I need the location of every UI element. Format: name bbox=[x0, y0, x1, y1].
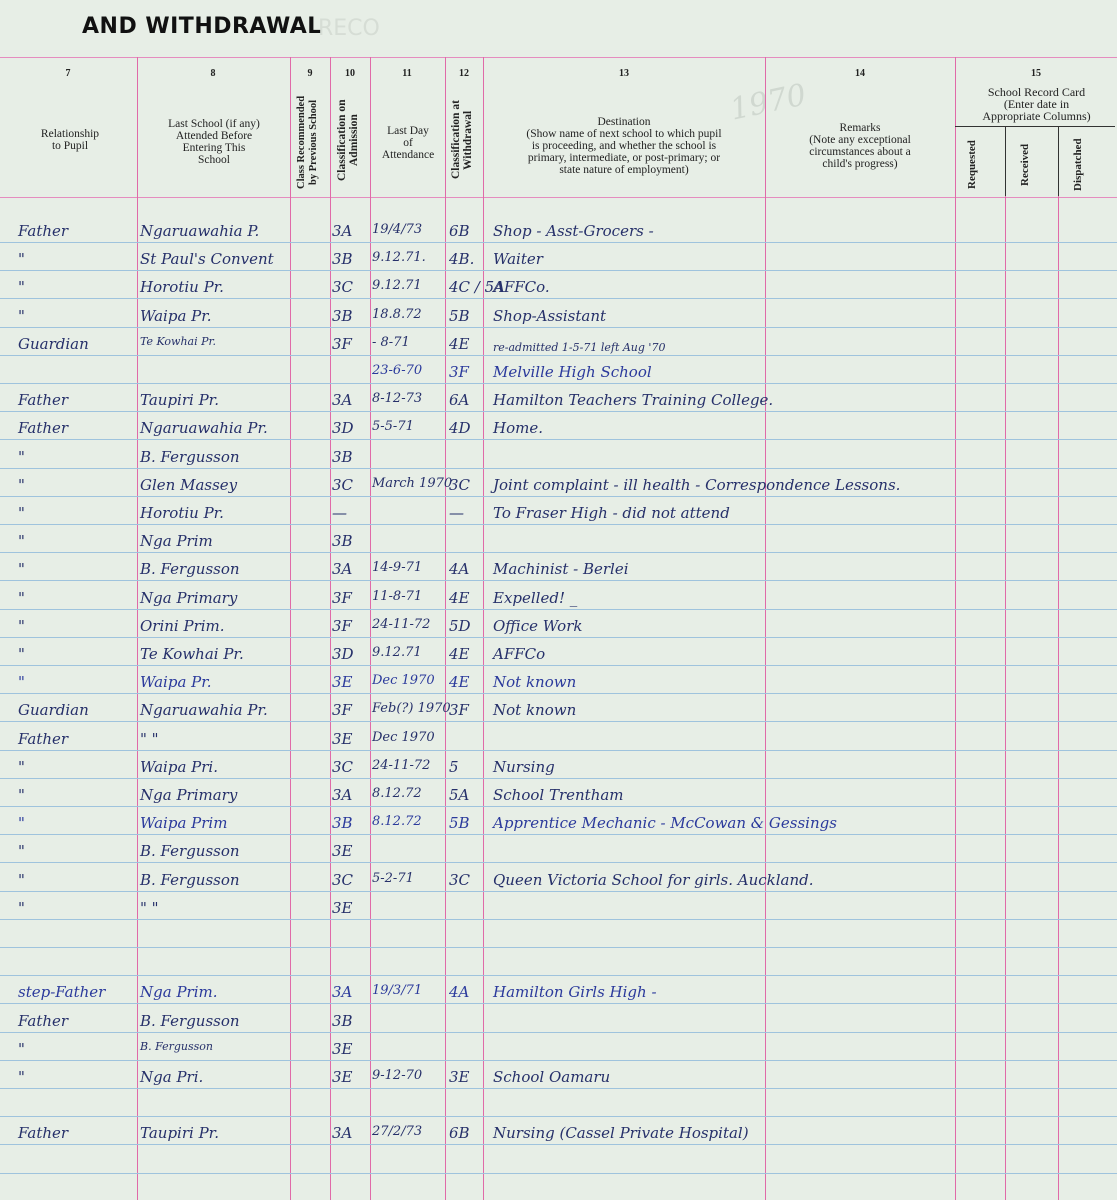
last-school-cell: Ngaruawahia Pr. bbox=[140, 701, 268, 719]
class-admission-cell: 3B bbox=[332, 532, 353, 550]
last-day-cell: 24-11-72 bbox=[372, 617, 430, 632]
relationship-cell: " bbox=[18, 250, 25, 268]
last-day-cell: Feb(?) 1970 bbox=[372, 701, 451, 716]
destination-cell: School Trentham bbox=[493, 786, 624, 804]
last-school-cell: Taupiri Pr. bbox=[140, 391, 219, 409]
ruled-line bbox=[0, 580, 1117, 581]
ruled-line bbox=[0, 496, 1117, 497]
ruled-line bbox=[0, 552, 1117, 553]
destination-cell: Shop-Assistant bbox=[493, 307, 606, 325]
page-title: AND WITHDRAWAL bbox=[82, 14, 322, 39]
last-school-cell: Nga Prim bbox=[140, 532, 213, 550]
column-rule bbox=[955, 57, 956, 1200]
last-school-cell: " " bbox=[140, 899, 159, 917]
ruled-line bbox=[0, 637, 1117, 638]
class-admission-cell: 3A bbox=[332, 786, 352, 804]
destination-cell: re-admitted 1-5-71 left Aug '70 bbox=[493, 341, 665, 354]
column-rule bbox=[137, 57, 138, 1200]
class-withdrawal-cell: 3C bbox=[449, 871, 470, 889]
column-7-number: 7 bbox=[48, 68, 88, 79]
relationship-cell: " bbox=[18, 899, 25, 917]
column-10-label: Classification on Admission bbox=[336, 90, 360, 190]
class-admission-cell: 3E bbox=[332, 899, 353, 917]
header-rule bbox=[0, 197, 1117, 198]
ruled-line bbox=[0, 270, 1117, 271]
ruled-line bbox=[0, 1144, 1117, 1145]
class-admission-cell: 3D bbox=[332, 419, 354, 437]
ruled-line bbox=[0, 355, 1117, 356]
last-school-cell: Te Kowhai Pr. bbox=[140, 335, 216, 348]
class-withdrawal-cell: 5B bbox=[449, 814, 470, 832]
class-withdrawal-cell: 4E bbox=[449, 673, 470, 691]
class-admission-cell: 3C bbox=[332, 871, 353, 889]
destination-cell: Hamilton Teachers Training College. bbox=[493, 391, 773, 409]
last-school-cell: Horotiu Pr. bbox=[140, 504, 224, 522]
relationship-cell: " bbox=[18, 476, 25, 494]
destination-cell: Nursing bbox=[493, 758, 555, 776]
class-withdrawal-cell: 4A bbox=[449, 983, 469, 1001]
class-admission-cell: 3F bbox=[332, 589, 352, 607]
last-day-cell: 8-12-73 bbox=[372, 391, 422, 406]
class-withdrawal-cell: 3F bbox=[449, 701, 469, 719]
ruled-line bbox=[0, 1032, 1117, 1033]
column-15-number: 15 bbox=[1016, 68, 1056, 79]
column-11-number: 11 bbox=[387, 68, 427, 79]
last-day-cell: 19/4/73 bbox=[372, 222, 422, 237]
ruled-line bbox=[0, 693, 1117, 694]
relationship-cell: " bbox=[18, 307, 25, 325]
column-13-number: 13 bbox=[604, 68, 644, 79]
last-day-cell: 19/3/71 bbox=[372, 983, 422, 998]
relationship-cell: Guardian bbox=[18, 335, 89, 353]
class-withdrawal-cell: 6B bbox=[449, 1124, 470, 1142]
last-school-cell: Nga Primary bbox=[140, 786, 237, 804]
ruled-line bbox=[0, 806, 1117, 807]
ruled-line bbox=[0, 919, 1117, 920]
record-card-divider bbox=[1005, 126, 1006, 196]
relationship-cell: " bbox=[18, 504, 25, 522]
ruled-line bbox=[0, 298, 1117, 299]
column-7-label: Relationship to Pupil bbox=[10, 128, 130, 152]
destination-cell: AFFCo. bbox=[493, 278, 550, 296]
class-withdrawal-cell: 4D bbox=[449, 419, 471, 437]
destination-cell: Not known bbox=[493, 673, 576, 691]
last-school-cell: St Paul's Convent bbox=[140, 250, 274, 268]
destination-cell: Home. bbox=[493, 419, 543, 437]
last-day-cell: 5-2-71 bbox=[372, 871, 414, 886]
last-school-cell: Waipa Prim bbox=[140, 814, 227, 832]
ruled-line bbox=[0, 1173, 1117, 1174]
column-rule bbox=[445, 57, 446, 1200]
ruled-line bbox=[0, 665, 1117, 666]
relationship-cell: Father bbox=[18, 730, 68, 748]
class-admission-cell: 3D bbox=[332, 645, 354, 663]
class-admission-cell: 3B bbox=[332, 814, 353, 832]
last-school-cell: B. Fergusson bbox=[140, 1012, 240, 1030]
destination-cell: Joint complaint - ill health - Correspon… bbox=[493, 476, 900, 494]
ruled-line bbox=[0, 383, 1117, 384]
last-school-cell: Ngaruawahia Pr. bbox=[140, 419, 268, 437]
ruled-line bbox=[0, 242, 1117, 243]
last-day-cell: 8.12.72 bbox=[372, 786, 422, 801]
relationship-cell: " bbox=[18, 532, 25, 550]
column-rule bbox=[483, 57, 484, 1200]
column-9-label: Class Recommended by Previous School bbox=[296, 90, 320, 195]
column-rule bbox=[290, 57, 291, 1200]
last-day-cell: 24-11-72 bbox=[372, 758, 430, 773]
class-withdrawal-cell: 4A bbox=[449, 560, 469, 578]
class-admission-cell: 3A bbox=[332, 222, 352, 240]
ruled-line bbox=[0, 411, 1117, 412]
destination-cell: Not known bbox=[493, 701, 576, 719]
class-admission-cell: 3F bbox=[332, 335, 352, 353]
record-card-dispatched-label: Dispatched bbox=[1072, 135, 1084, 195]
last-school-cell: " " bbox=[140, 730, 159, 748]
last-day-cell: 9.12.71. bbox=[372, 250, 426, 265]
destination-cell: Queen Victoria School for girls. Aucklan… bbox=[493, 871, 814, 889]
class-withdrawal-cell: 4E bbox=[449, 589, 470, 607]
relationship-cell: " bbox=[18, 617, 25, 635]
class-withdrawal-cell: — bbox=[449, 504, 464, 522]
last-day-cell: 27/2/73 bbox=[372, 1124, 422, 1139]
destination-cell: Expelled! _ bbox=[493, 589, 577, 607]
last-school-cell: Orini Prim. bbox=[140, 617, 225, 635]
class-admission-cell: 3F bbox=[332, 617, 352, 635]
class-withdrawal-cell: 5 bbox=[449, 758, 459, 776]
last-day-cell: 23-6-70 bbox=[372, 363, 422, 378]
last-school-cell: Horotiu Pr. bbox=[140, 278, 224, 296]
last-day-cell: Dec 1970 bbox=[372, 673, 435, 688]
record-card-divider bbox=[955, 126, 1115, 127]
column-rule bbox=[330, 57, 331, 1200]
relationship-cell: " bbox=[18, 842, 25, 860]
column-12-number: 12 bbox=[444, 68, 484, 79]
relationship-cell: Guardian bbox=[18, 701, 89, 719]
ruled-line bbox=[0, 891, 1117, 892]
class-admission-cell: 3C bbox=[332, 476, 353, 494]
column-13-label: Destination (Show name of next school to… bbox=[488, 116, 760, 176]
relationship-cell: " bbox=[18, 1040, 25, 1058]
relationship-cell: " bbox=[18, 278, 25, 296]
class-withdrawal-cell: 5A bbox=[449, 786, 469, 804]
last-school-cell: B. Fergusson bbox=[140, 560, 240, 578]
ruled-line bbox=[0, 750, 1117, 751]
last-day-cell: 11-8-71 bbox=[372, 589, 422, 604]
ruled-line bbox=[0, 721, 1117, 722]
column-8-label: Last School (if any) Attended Before Ent… bbox=[142, 118, 286, 166]
class-admission-cell: 3E bbox=[332, 1040, 353, 1058]
relationship-cell: Father bbox=[18, 1012, 68, 1030]
relationship-cell: " bbox=[18, 814, 25, 832]
class-withdrawal-cell: 4E bbox=[449, 335, 470, 353]
class-withdrawal-cell: 4B. bbox=[449, 250, 474, 268]
relationship-cell: Father bbox=[18, 222, 68, 240]
destination-cell: AFFCo bbox=[493, 645, 545, 663]
class-admission-cell: 3E bbox=[332, 673, 353, 691]
relationship-cell: " bbox=[18, 871, 25, 889]
ruled-line bbox=[0, 1116, 1117, 1117]
last-school-cell: Te Kowhai Pr. bbox=[140, 645, 244, 663]
relationship-cell: " bbox=[18, 560, 25, 578]
relationship-cell: " bbox=[18, 758, 25, 776]
destination-cell: Office Work bbox=[493, 617, 582, 635]
last-school-cell: B. Fergusson bbox=[140, 1040, 213, 1053]
last-school-cell: Nga Prim. bbox=[140, 983, 218, 1001]
class-admission-cell: 3B bbox=[332, 250, 353, 268]
ruled-line bbox=[0, 947, 1117, 948]
destination-cell: Hamilton Girls High - bbox=[493, 983, 657, 1001]
ruled-line bbox=[0, 1060, 1117, 1061]
record-card-divider bbox=[1058, 126, 1059, 196]
destination-cell: School Oamaru bbox=[493, 1068, 610, 1086]
relationship-cell: Father bbox=[18, 391, 68, 409]
ruled-line bbox=[0, 862, 1117, 863]
last-school-cell: Taupiri Pr. bbox=[140, 1124, 219, 1142]
ruled-line bbox=[0, 524, 1117, 525]
relationship-cell: " bbox=[18, 645, 25, 663]
last-day-cell: 14-9-71 bbox=[372, 560, 422, 575]
ruled-line bbox=[0, 468, 1117, 469]
last-day-cell: 9.12.71 bbox=[372, 645, 422, 660]
last-school-cell: Waipa Pri. bbox=[140, 758, 218, 776]
ruled-line bbox=[0, 1003, 1117, 1004]
last-day-cell: 8.12.72 bbox=[372, 814, 422, 829]
column-8-number: 8 bbox=[193, 68, 233, 79]
column-rule bbox=[1058, 128, 1059, 1200]
last-school-cell: Ngaruawahia P. bbox=[140, 222, 259, 240]
relationship-cell: " bbox=[18, 673, 25, 691]
column-rule bbox=[1005, 128, 1006, 1200]
last-day-cell: - 8-71 bbox=[372, 335, 410, 350]
class-admission-cell: 3F bbox=[332, 701, 352, 719]
column-11-label: Last Day of Attendance bbox=[375, 125, 441, 161]
ruled-line bbox=[0, 327, 1117, 328]
last-school-cell: Nga Pri. bbox=[140, 1068, 203, 1086]
ruled-line bbox=[0, 439, 1117, 440]
relationship-cell: " bbox=[18, 589, 25, 607]
last-school-cell: Nga Primary bbox=[140, 589, 237, 607]
class-admission-cell: 3B bbox=[332, 448, 353, 466]
ruled-line bbox=[0, 778, 1117, 779]
record-card-requested-label: Requested bbox=[966, 135, 978, 195]
class-admission-cell: 3E bbox=[332, 1068, 353, 1086]
class-admission-cell: 3C bbox=[332, 278, 353, 296]
last-day-cell: 5-5-71 bbox=[372, 419, 414, 434]
class-withdrawal-cell: 5B bbox=[449, 307, 470, 325]
class-admission-cell: 3B bbox=[332, 1012, 353, 1030]
destination-cell: Shop - Asst-Grocers - bbox=[493, 222, 654, 240]
last-day-cell: 9-12-70 bbox=[372, 1068, 422, 1083]
ruled-line bbox=[0, 975, 1117, 976]
last-school-cell: B. Fergusson bbox=[140, 448, 240, 466]
relationship-cell: Father bbox=[18, 419, 68, 437]
column-12-label: Classification at Withdrawal bbox=[450, 90, 474, 190]
class-withdrawal-cell: 6B bbox=[449, 222, 470, 240]
destination-cell: Machinist - Berlei bbox=[493, 560, 629, 578]
class-admission-cell: 3A bbox=[332, 560, 352, 578]
relationship-cell: step-Father bbox=[18, 983, 105, 1001]
last-day-cell: Dec 1970 bbox=[372, 730, 435, 745]
class-withdrawal-cell: 3C bbox=[449, 476, 470, 494]
destination-cell: Apprentice Mechanic - McCowan & Gessings bbox=[493, 814, 837, 832]
class-admission-cell: — bbox=[332, 504, 347, 522]
class-withdrawal-cell: 3E bbox=[449, 1068, 470, 1086]
last-day-cell: 9.12.71 bbox=[372, 278, 422, 293]
destination-cell: Melville High School bbox=[493, 363, 652, 381]
last-school-cell: B. Fergusson bbox=[140, 842, 240, 860]
class-admission-cell: 3A bbox=[332, 983, 352, 1001]
class-withdrawal-cell: 4E bbox=[449, 645, 470, 663]
header-rule bbox=[0, 57, 1117, 58]
record-card-received-label: Received bbox=[1019, 135, 1031, 195]
relationship-cell: " bbox=[18, 448, 25, 466]
column-14-label: Remarks (Note any exceptional circumstan… bbox=[770, 122, 950, 170]
class-admission-cell: 3A bbox=[332, 1124, 352, 1142]
ruled-line bbox=[0, 1088, 1117, 1089]
column-rule bbox=[370, 57, 371, 1200]
class-withdrawal-cell: 6A bbox=[449, 391, 469, 409]
column-14-number: 14 bbox=[840, 68, 880, 79]
class-admission-cell: 3E bbox=[332, 730, 353, 748]
column-rule bbox=[765, 57, 766, 1200]
class-withdrawal-cell: 3F bbox=[449, 363, 469, 381]
relationship-cell: " bbox=[18, 1068, 25, 1086]
column-15-label: School Record Card (Enter date in Approp… bbox=[958, 86, 1115, 122]
class-withdrawal-cell: 5D bbox=[449, 617, 471, 635]
ruled-line bbox=[0, 834, 1117, 835]
last-school-cell: Glen Massey bbox=[140, 476, 237, 494]
last-school-cell: Waipa Pr. bbox=[140, 307, 212, 325]
destination-cell: Waiter bbox=[493, 250, 543, 268]
ruled-line bbox=[0, 609, 1117, 610]
relationship-cell: Father bbox=[18, 1124, 68, 1142]
class-admission-cell: 3A bbox=[332, 391, 352, 409]
destination-cell: To Fraser High - did not attend bbox=[493, 504, 730, 522]
class-admission-cell: 3E bbox=[332, 842, 353, 860]
class-admission-cell: 3B bbox=[332, 307, 353, 325]
last-school-cell: Waipa Pr. bbox=[140, 673, 212, 691]
column-9-number: 9 bbox=[290, 68, 330, 79]
column-10-number: 10 bbox=[330, 68, 370, 79]
last-day-cell: March 1970 bbox=[372, 476, 452, 491]
last-day-cell: 18.8.72 bbox=[372, 307, 422, 322]
destination-cell: Nursing (Cassel Private Hospital) bbox=[493, 1124, 749, 1142]
bleed-through-title: RECO bbox=[318, 16, 380, 41]
relationship-cell: " bbox=[18, 786, 25, 804]
class-admission-cell: 3C bbox=[332, 758, 353, 776]
last-school-cell: B. Fergusson bbox=[140, 871, 240, 889]
